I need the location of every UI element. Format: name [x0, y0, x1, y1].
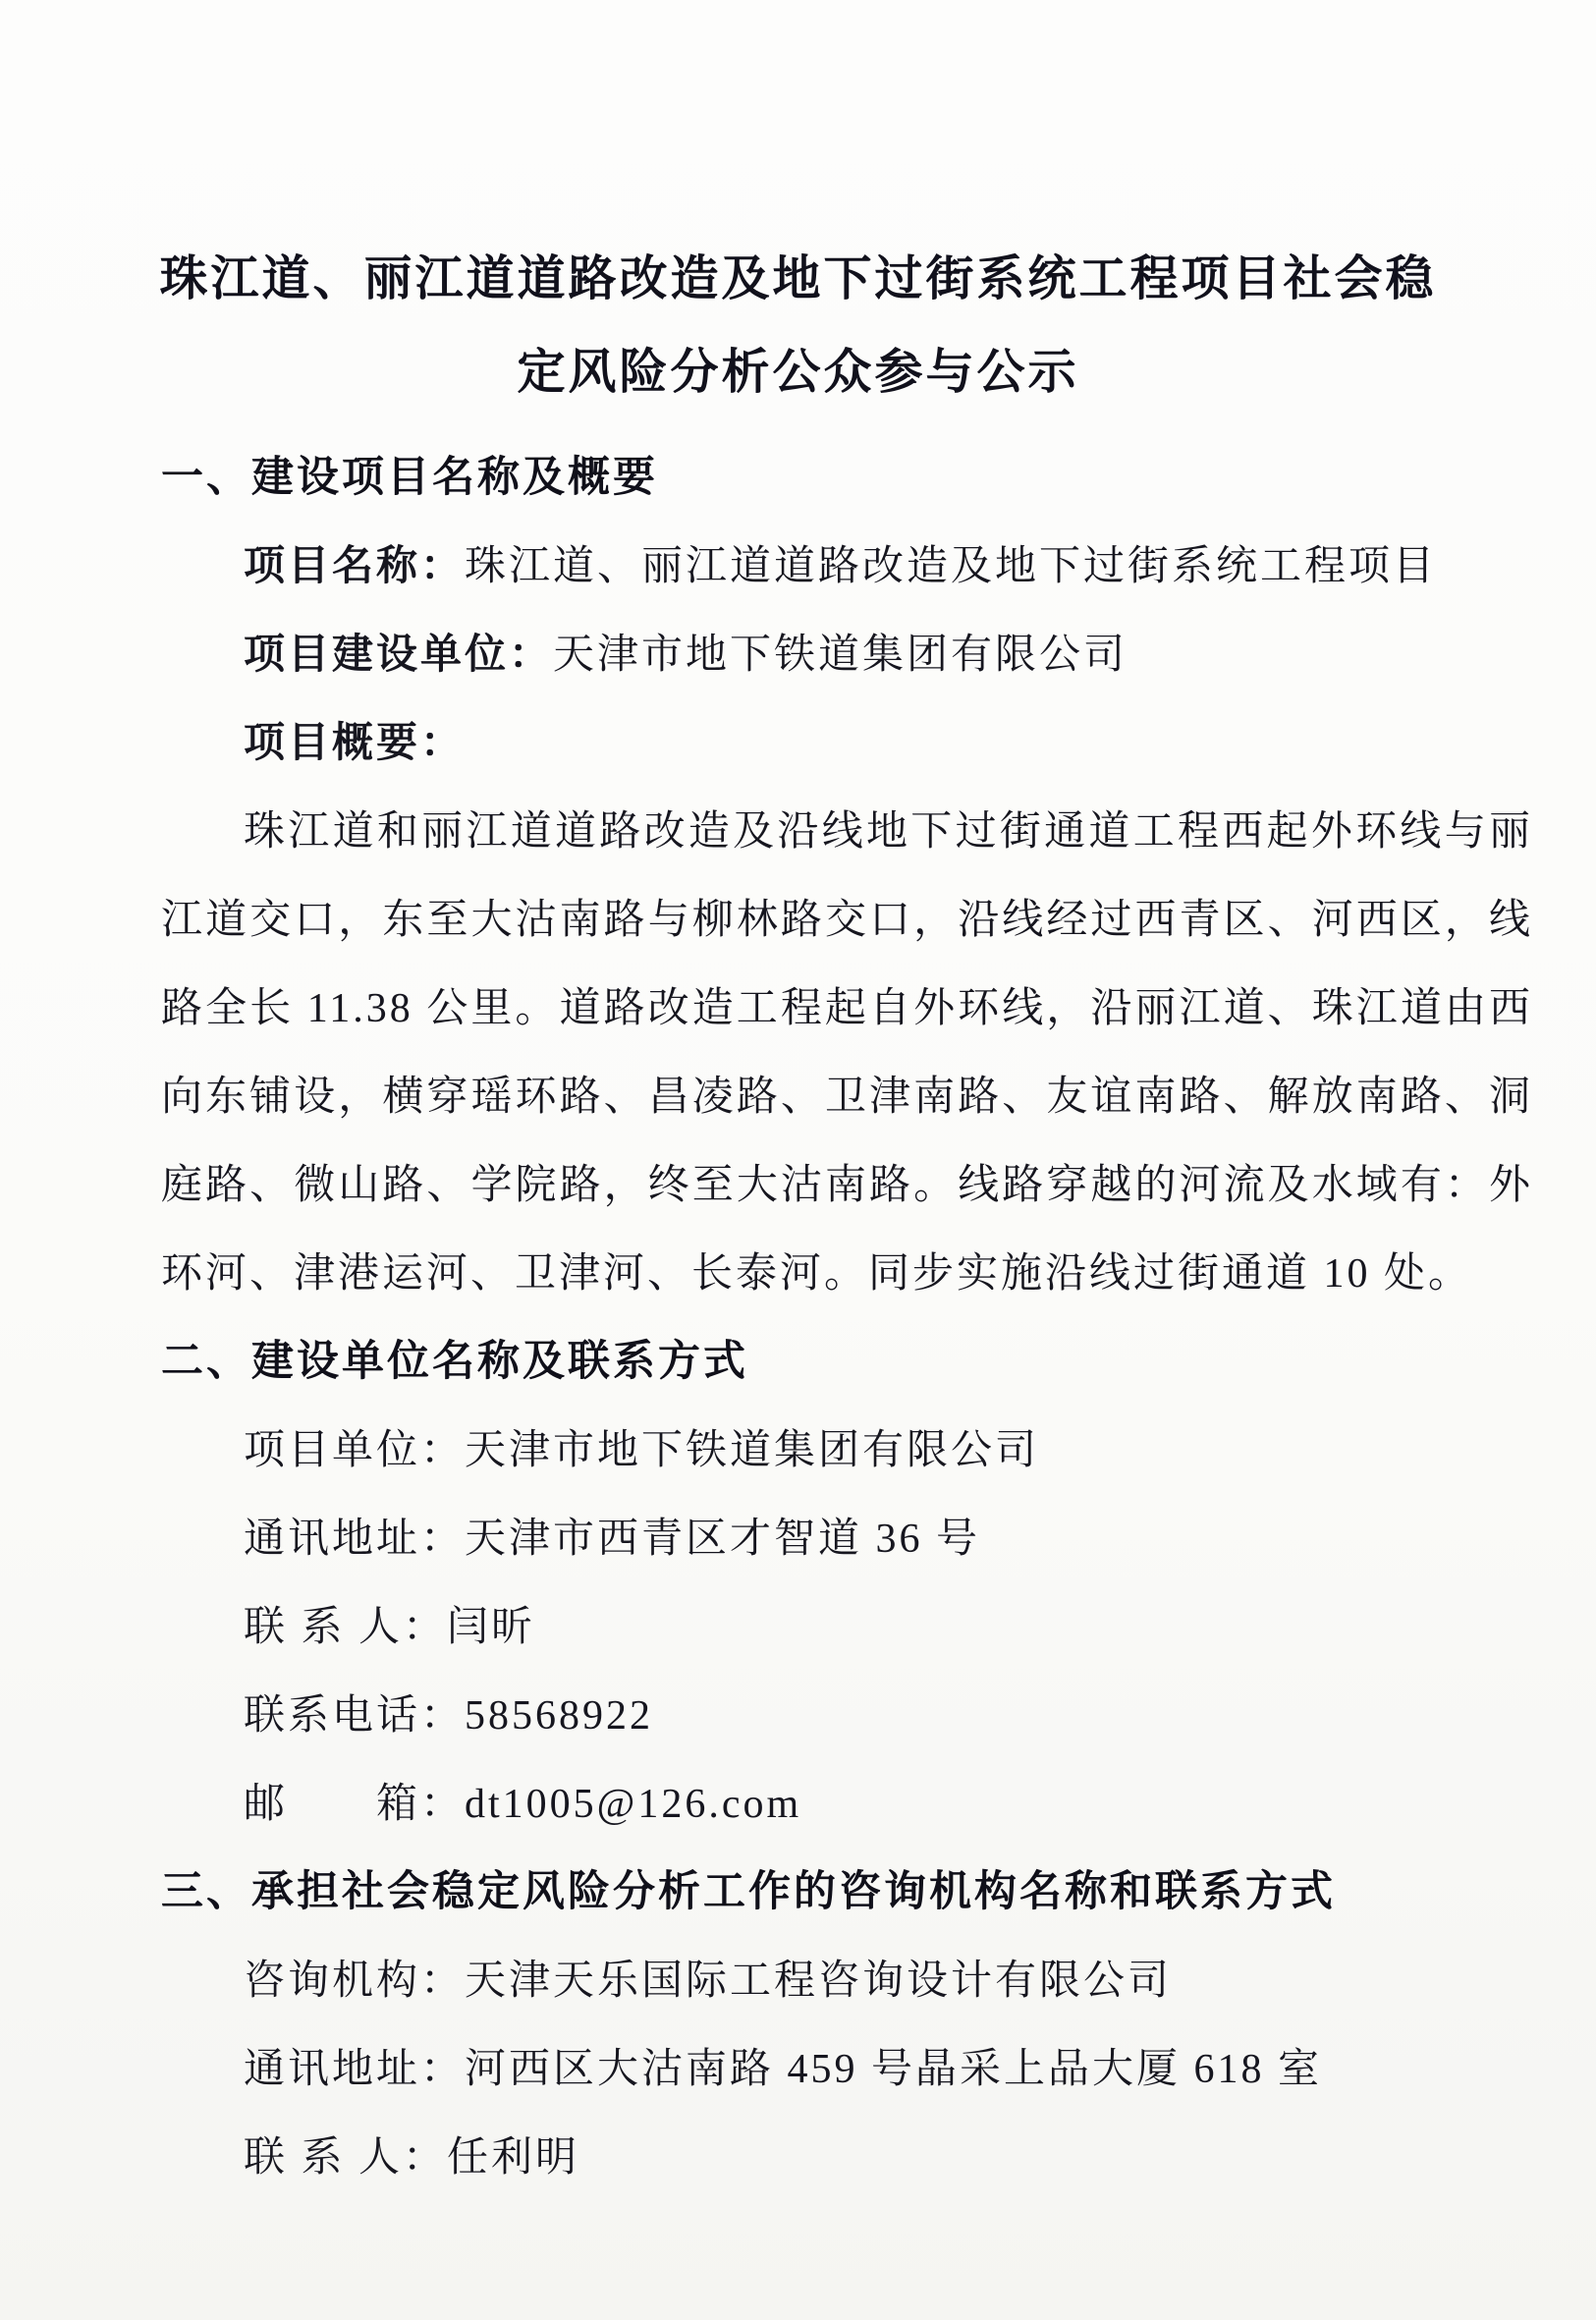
owner-address-value: 天津市西青区才智道 36 号 [465, 1517, 980, 1562]
consultant-contact-label: 联 系 人： [244, 2135, 447, 2181]
document-body: 一、建设项目名称及概要 项目名称：珠江道、丽江道道路改造及地下过街系统工程项目 … [0, 418, 1596, 2202]
owner-email-label: 邮 箱： [244, 1782, 465, 1827]
owner-unit-label: 项目单位： [244, 1428, 465, 1473]
consultant-address-value: 河西区大沽南路 459 号晶采上品大厦 618 室 [465, 2047, 1322, 2092]
consultant-unit-label: 咨询机构： [244, 1959, 465, 2004]
project-summary-label-line: 项目概要： [161, 699, 1533, 788]
owner-email-value: dt1005@126.com [465, 1782, 801, 1827]
owner-contact-value: 闫昕 [447, 1605, 535, 1650]
project-summary-paragraph: 珠江道和丽江道道路改造及沿线地下过街通道工程西起外环线与丽江道交口，东至大沽南路… [161, 788, 1533, 1318]
project-builder-label: 项目建设单位： [244, 633, 553, 678]
consultant-contact-line: 联 系 人：任利明 [161, 2114, 1533, 2202]
consultant-contact-value: 任利明 [447, 2135, 579, 2181]
title-line-1: 珠江道、丽江道道路改造及地下过街系统工程项目社会稳 [128, 232, 1468, 325]
owner-unit-value: 天津市地下铁道集团有限公司 [465, 1428, 1039, 1473]
project-builder-line: 项目建设单位：天津市地下铁道集团有限公司 [161, 611, 1533, 699]
title-line-2: 定风险分析公众参与公示 [128, 325, 1468, 418]
section-1-heading: 一、建设项目名称及概要 [161, 434, 1533, 523]
section-2-heading: 二、建设单位名称及联系方式 [161, 1318, 1533, 1407]
owner-phone-value: 58568922 [465, 1693, 653, 1739]
project-name-value: 珠江道、丽江道道路改造及地下过街系统工程项目 [465, 544, 1437, 589]
owner-phone-line: 联系电话：58568922 [161, 1672, 1533, 1760]
owner-phone-label: 联系电话： [244, 1693, 465, 1739]
owner-unit-line: 项目单位：天津市地下铁道集团有限公司 [161, 1407, 1533, 1495]
project-name-line: 项目名称：珠江道、丽江道道路改造及地下过街系统工程项目 [161, 523, 1533, 611]
project-builder-value: 天津市地下铁道集团有限公司 [553, 633, 1128, 678]
document-page: 珠江道、丽江道道路改造及地下过街系统工程项目社会稳 定风险分析公众参与公示 一、… [0, 0, 1596, 2320]
project-name-label: 项目名称： [244, 544, 465, 589]
document-title: 珠江道、丽江道道路改造及地下过街系统工程项目社会稳 定风险分析公众参与公示 [128, 0, 1468, 418]
owner-address-label: 通讯地址： [244, 1517, 465, 1562]
owner-email-line: 邮 箱：dt1005@126.com [161, 1760, 1533, 1849]
consultant-address-line: 通讯地址：河西区大沽南路 459 号晶采上品大厦 618 室 [161, 2025, 1533, 2114]
section-3-heading: 三、承担社会稳定风险分析工作的咨询机构名称和联系方式 [161, 1849, 1533, 1937]
owner-contact-line: 联 系 人：闫昕 [161, 1583, 1533, 1672]
owner-contact-label: 联 系 人： [244, 1605, 447, 1650]
consultant-address-label: 通讯地址： [244, 2047, 465, 2092]
consultant-unit-line: 咨询机构：天津天乐国际工程咨询设计有限公司 [161, 1937, 1533, 2025]
owner-address-line: 通讯地址：天津市西青区才智道 36 号 [161, 1495, 1533, 1583]
consultant-unit-value: 天津天乐国际工程咨询设计有限公司 [465, 1959, 1172, 2004]
project-summary-label: 项目概要： [244, 721, 465, 766]
